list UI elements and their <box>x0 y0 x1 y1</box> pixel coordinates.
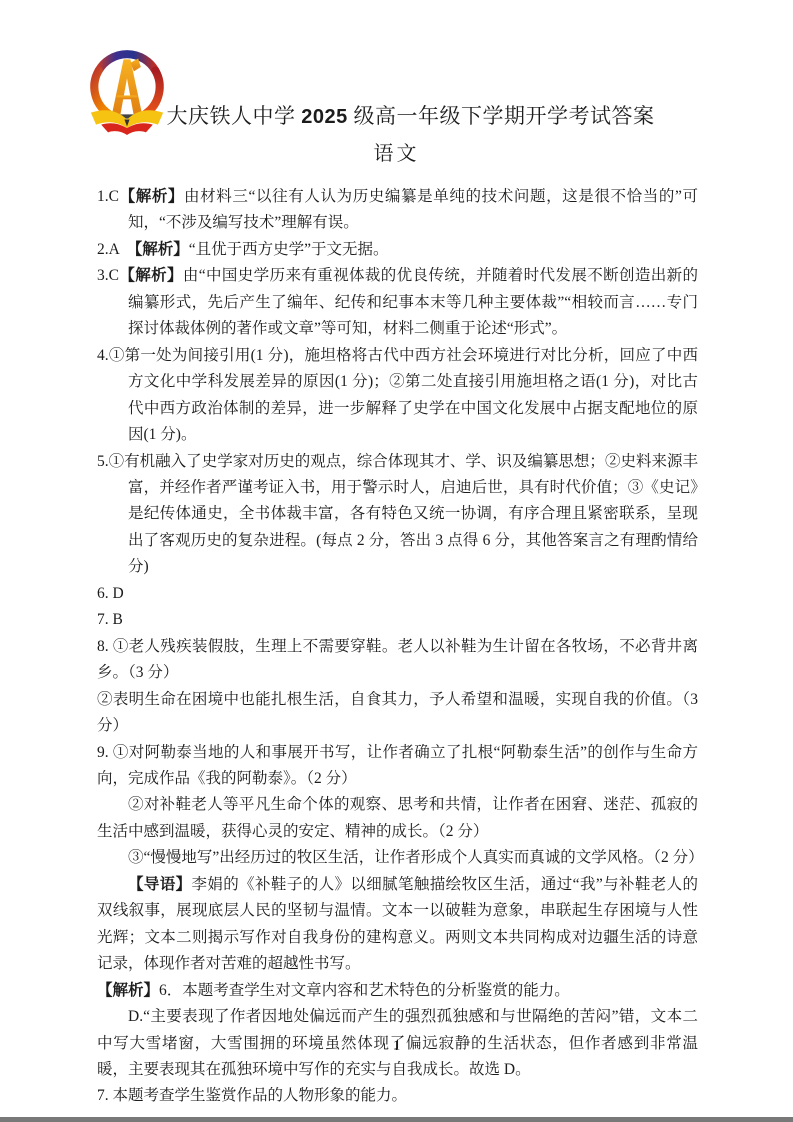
analysis-label: 【解析】 <box>119 267 183 284</box>
page-number: 1 <box>0 1038 793 1055</box>
guide-label: 【导语】 <box>128 876 192 893</box>
answer-item-9c: ③“慢慢地写”出经历过的牧区生活，让作者形成个人真实而真诚的文学风格。（2 分） <box>97 845 698 871</box>
answer-text: ①对阿勒泰当地的人和事展开书写，让作者确立了扎根“阿勒泰生活”的创作与生命方向，… <box>97 744 698 787</box>
subject-title: 语文 <box>0 137 793 166</box>
answer-item-4: 4.①第一处为间接引用(1 分)，施坦格将古代中西方社会环境进行对比分析，回应了… <box>97 343 698 449</box>
answer-item-3: 3.C【解析】由“中国史学历来有重视体裁的优良传统，并随着时代发展不断创造出新的… <box>97 263 698 342</box>
answer-text: 由材料三“以往有人认为历史编纂是单纯的技术问题，这是很不恰当的”可知，“不涉及编… <box>128 188 698 231</box>
answer-text: 6．本题考查学生对文章内容和艺术特色的分析鉴赏的能力。 <box>159 982 570 999</box>
answer-number: 7. <box>97 1087 109 1104</box>
page-title-school: 大庆铁人中学 <box>167 104 302 128</box>
answer-text: ③“慢慢地写”出经历过的牧区生活，让作者形成个人真实而真诚的文学风格。（2 分） <box>128 849 704 866</box>
guide-paragraph: 【导语】李娟的《补鞋子的人》以细腻笔触描绘牧区生活，通过“我”与补鞋老人的双线叙… <box>97 872 698 978</box>
answer-item-9b: ②对补鞋老人等平凡生命个体的观察、思考和共情，让作者在困窘、迷茫、孤寂的生活中感… <box>97 792 698 845</box>
answer-text: ②对补鞋老人等平凡生命个体的观察、思考和共情，让作者在困窘、迷茫、孤寂的生活中感… <box>97 796 698 839</box>
answer-text: ①有机融入了史学家对历史的观点，综合体现其才、学、识及编纂思想；②史料来源丰富，… <box>109 453 698 576</box>
page-title-year: 2025 <box>301 106 348 128</box>
answer-number: 1.C <box>97 188 119 205</box>
answer-number: 5. <box>97 453 109 470</box>
answer-number: 7. <box>97 611 109 628</box>
page-title-exam: 级高一年级下学期开学考试答案 <box>348 104 655 128</box>
answer-item-7: 7. B <box>97 607 698 633</box>
window-bottom-edge <box>0 1117 793 1122</box>
answer-number: 6. <box>97 585 109 602</box>
answer-text: ①老人残疾装假肢，生理上不需要穿鞋。老人以补鞋为生计留在各牧场，不必背井离乡。（… <box>97 638 698 681</box>
answer-item-9: 9. ①对阿勒泰当地的人和事展开书写，让作者确立了扎根“阿勒泰生活”的创作与生命… <box>97 740 698 793</box>
answer-text: ②表明生命在困境中也能扎根生活，自食其力，予人希望和温暖，实现自我的价值。（3 … <box>97 691 698 734</box>
answer-number: 9. <box>97 744 109 761</box>
analysis-label: 【解析】 <box>134 241 188 258</box>
answer-body: 1.C【解析】由材料三“以往有人认为历史编纂是单纯的技术问题，这是很不恰当的”可… <box>97 184 698 1110</box>
analysis-label: 【解析】 <box>119 188 184 205</box>
answer-item-6: 6. D <box>97 581 698 607</box>
answer-text: 本题考查学生鉴赏作品的人物形象的能力。 <box>109 1087 407 1104</box>
answer-item-2: 2.A 【解析】“且优于西方史学”于文无据。 <box>97 237 698 263</box>
answer-number: 2.A <box>97 241 134 258</box>
answer-item-5: 5.①有机融入了史学家对历史的观点，综合体现其才、学、识及编纂思想；②史料来源丰… <box>97 449 698 581</box>
answer-text: ①第一处为间接引用(1 分)，施坦格将古代中西方社会环境进行对比分析，回应了中西… <box>109 347 698 443</box>
answer-text: 由“中国史学历来有重视体裁的优良传统，并随着时代发展不断创造出新的编纂形式，先后… <box>128 267 698 337</box>
answer-text: D <box>109 585 124 602</box>
answer-number: 8. <box>97 638 109 655</box>
analysis-label: 【解析】 <box>97 982 159 999</box>
answer-item-1: 1.C【解析】由材料三“以往有人认为历史编纂是单纯的技术问题，这是很不恰当的”可… <box>97 184 698 237</box>
analysis-paragraph-7: 7. 本题考查学生鉴赏作品的人物形象的能力。 <box>97 1083 698 1109</box>
answer-text: “且优于西方史学”于文无据。 <box>189 241 389 258</box>
answer-number: 4. <box>97 347 109 364</box>
answer-number: 3.C <box>97 267 119 284</box>
answer-item-8b: ②表明生命在困境中也能扎根生活，自食其力，予人希望和温暖，实现自我的价值。（3 … <box>97 687 698 740</box>
analysis-paragraph-6: 【解析】6．本题考查学生对文章内容和艺术特色的分析鉴赏的能力。 <box>97 978 698 1004</box>
page-title: 大庆铁人中学 2025 级高一年级下学期开学考试答案 <box>14 100 793 130</box>
answer-item-8: 8. ①老人残疾装假肢，生理上不需要穿鞋。老人以补鞋为生计留在各牧场，不必背井离… <box>97 634 698 687</box>
answer-text: B <box>109 611 123 628</box>
